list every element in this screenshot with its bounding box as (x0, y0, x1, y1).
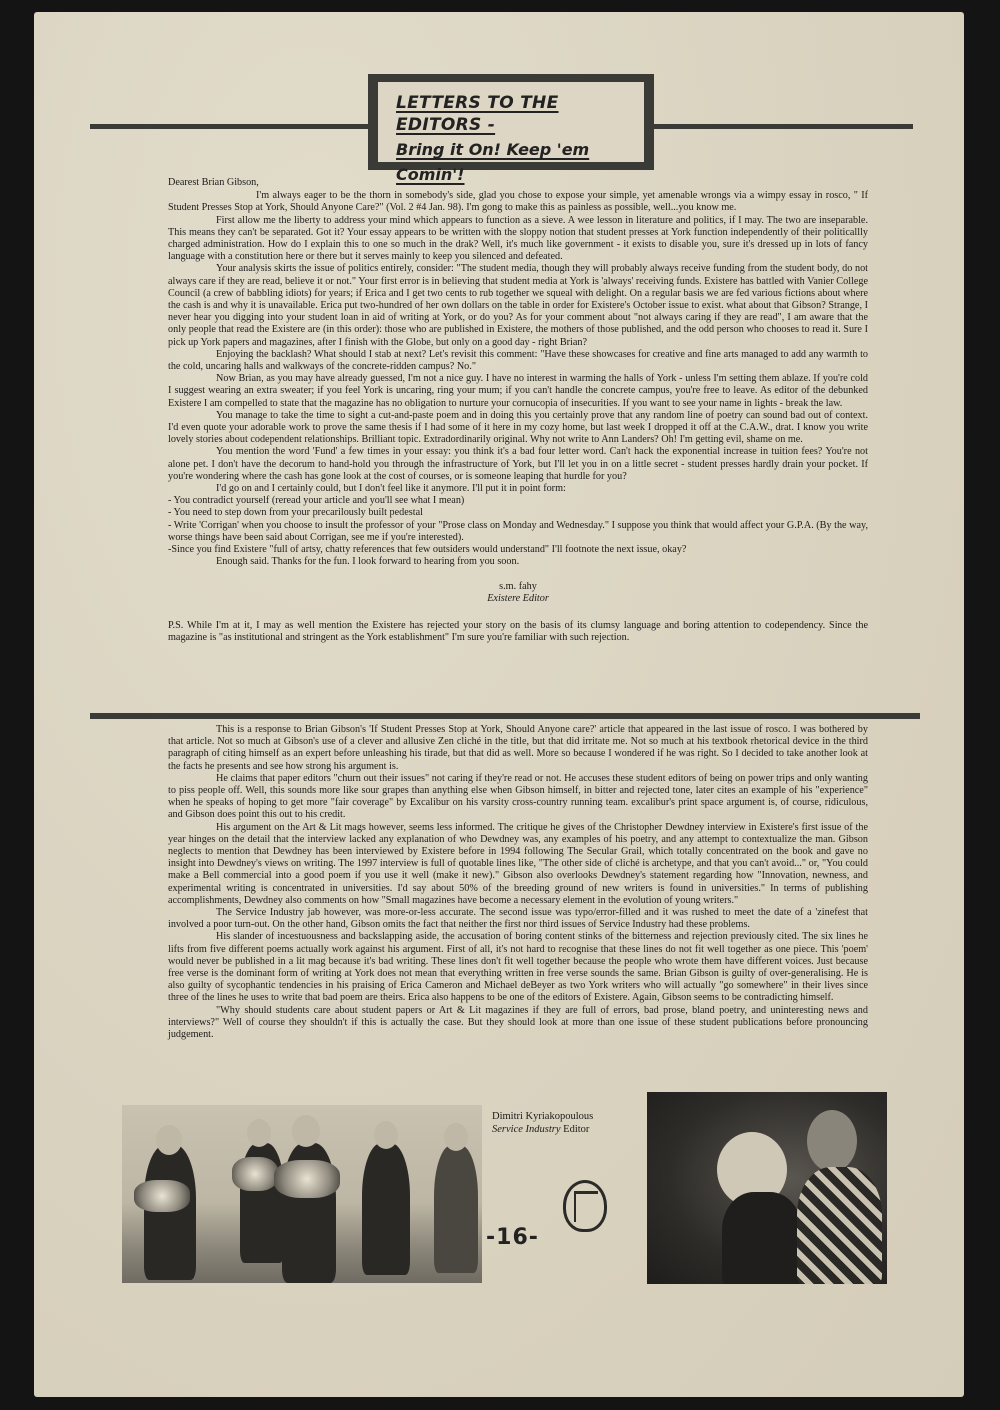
figure-head (156, 1125, 182, 1155)
letter-paragraph: You mention the word 'Fund' a few times … (168, 446, 868, 483)
point-item: - Write 'Corrigan' when you choose to in… (168, 520, 868, 544)
letter-closing: Enough said. Thanks for the fun. I look … (168, 556, 868, 568)
signature-title-rest: Editor (561, 1124, 590, 1135)
signature-title: Existere Editor (487, 593, 549, 604)
title-box: LETTERS TO THE EDITORS - Bring it On! Ke… (368, 74, 654, 170)
letter-signature: s.m. fahy Existere Editor (168, 581, 868, 606)
letter-paragraph: He claims that paper editors "churn out … (168, 773, 868, 822)
page-subtitle-1: Bring it On! Keep 'em (396, 139, 632, 161)
bouquet (232, 1157, 278, 1191)
letter-paragraph: You manage to take the time to sight a c… (168, 410, 868, 447)
figure (144, 1145, 196, 1280)
point-item: - You contradict yourself (reread your a… (168, 495, 868, 507)
page-title: LETTERS TO THE EDITORS - (396, 92, 632, 136)
letter-paragraph: His slander of incestuousness and backsl… (168, 931, 868, 1004)
letter-postscript: P.S. While I'm at it, I may as well ment… (168, 620, 868, 644)
point-item: -Since you find Existere "full of artsy,… (168, 544, 868, 556)
title-inner: LETTERS TO THE EDITORS - Bring it On! Ke… (378, 82, 644, 162)
figure (362, 1143, 410, 1275)
figure-head (292, 1115, 320, 1147)
letter-paragraph: Enjoying the backlash? What should I sta… (168, 349, 868, 373)
point-item: - You need to step down from your precar… (168, 507, 868, 519)
page-number: -16- (486, 1225, 539, 1250)
bouquet (274, 1160, 340, 1198)
letter-paragraph: First allow me the liberty to address yo… (168, 215, 868, 264)
letter-paragraph: His argument on the Art & Lit mags howev… (168, 822, 868, 907)
man-plaid-shirt (797, 1167, 882, 1284)
signature-title-italic: Service Industry (492, 1124, 561, 1135)
man-head (807, 1110, 857, 1172)
emblem-detail (574, 1191, 598, 1222)
bouquet (134, 1180, 190, 1212)
letter-paragraph: Your analysis skirts the issue of politi… (168, 263, 868, 348)
figure-head (374, 1121, 398, 1149)
letter-one: Dearest Brian Gibson, I'm always eager t… (168, 177, 868, 644)
letter-paragraph: "Why should students care about student … (168, 1005, 868, 1042)
hand-drawn-emblem-icon (563, 1180, 607, 1232)
letter-paragraph: Now Brian, as you may have already guess… (168, 373, 868, 410)
letter-salutation: Dearest Brian Gibson, (168, 177, 868, 189)
photo-couple-dancing (647, 1092, 887, 1284)
section-divider (90, 713, 920, 719)
letter-paragraph: I'm always eager to be the thorn in some… (168, 190, 868, 214)
figure-head (444, 1123, 468, 1151)
signature-name: s.m. fahy (499, 581, 537, 592)
figure-head (247, 1119, 271, 1147)
woman-body (722, 1192, 802, 1284)
letter-paragraph: I'd go on and I certainly could, but I d… (168, 483, 868, 495)
letter-two: This is a response to Brian Gibson's 'If… (168, 724, 868, 1041)
letter-paragraph: The Service Industry jab however, was mo… (168, 907, 868, 931)
photo-five-people-holding-flowers (122, 1105, 482, 1283)
letter-paragraph: This is a response to Brian Gibson's 'If… (168, 724, 868, 773)
letter-two-signature: Dimitri Kyriakopoulous Service Industry … (492, 1110, 593, 1136)
signature-name: Dimitri Kyriakopoulous (492, 1111, 593, 1122)
figure (434, 1145, 478, 1273)
